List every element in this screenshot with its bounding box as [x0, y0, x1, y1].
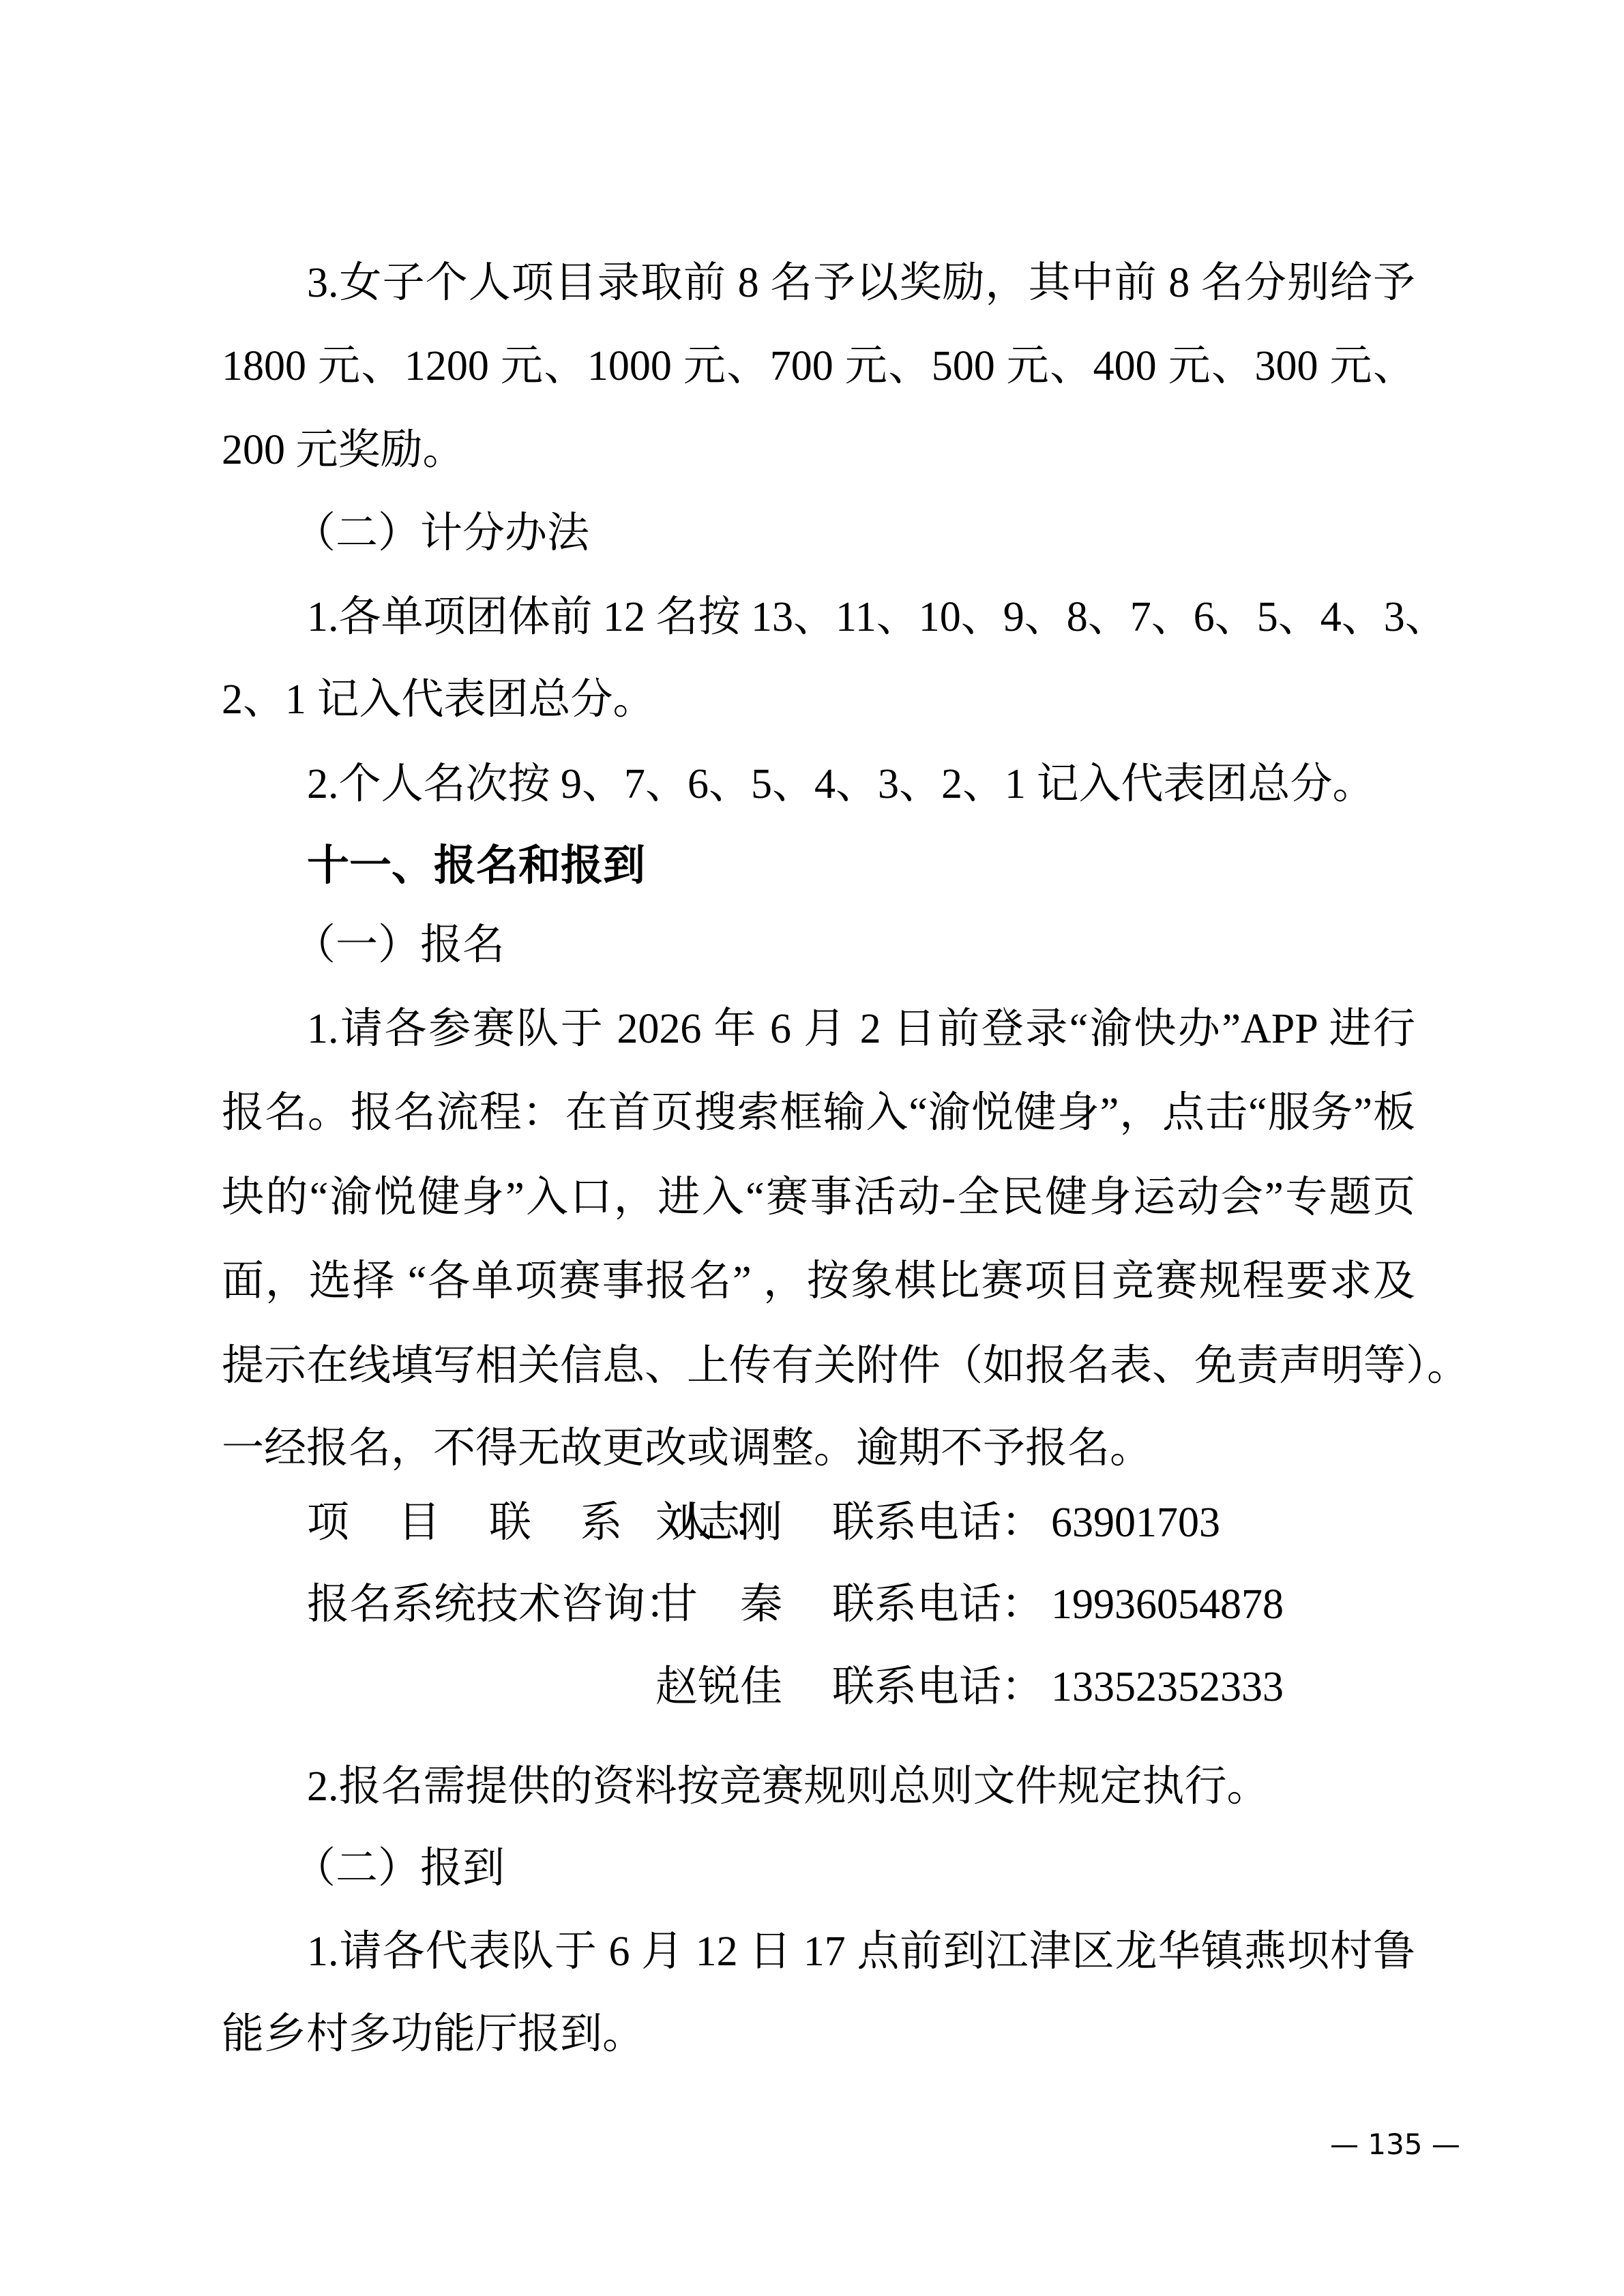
paragraph-line: 2.个人名次按 9、7、6、5、4、3、2、1 记入代表团总分。: [307, 743, 1415, 825]
paragraph-line: 1.各单项团体前 12 名按 13、11、10、9、8、7、6、5、4、3、: [307, 576, 1415, 658]
paragraph-line: 2、1 记入代表团总分。: [222, 659, 1415, 741]
contact-name: 赵锐佳: [655, 1646, 782, 1728]
paragraph-line: 能乡村多功能厅报到。: [222, 1993, 1415, 2075]
contact-phone: 13352352333: [1051, 1646, 1284, 1728]
contact-phone-label: 联系电话：: [832, 1482, 1044, 1564]
paragraph-line: 提示在线填写相关信息、上传有关附件（如报名表、免责声明等）。: [222, 1325, 1415, 1407]
contact-name: 甘 秦: [655, 1564, 782, 1645]
contact-phone: 19936054878: [1051, 1564, 1284, 1645]
paragraph-line: 200 元奖励。: [222, 409, 1415, 491]
section-heading: 十一、报名和报到: [307, 824, 1415, 906]
paragraph-line: 报名。报名流程：在首页搜索框输入“渝悦健身”，点击“服务”板: [222, 1072, 1415, 1154]
paragraph-line: 一经报名，不得无故更改或调整。逾期不予报名。: [222, 1407, 1415, 1489]
contact-phone-label: 联系电话：: [832, 1564, 1044, 1645]
contact-name: 刘志刚: [655, 1482, 782, 1564]
paragraph-line: 面，选择 “各单项赛事报名” ，按象棋比赛项目竞赛规程要求及: [222, 1240, 1415, 1322]
paragraph-line: 块的“渝悦健身”入口，进入“赛事活动-全民健身运动会”专题页: [222, 1157, 1415, 1238]
contact-row: 报名系统技术咨询： 甘 秦 联系电话： 19936054878: [222, 1564, 1415, 1645]
paragraph-line: 3.女子个人项目录取前 8 名予以奖励，其中前 8 名分别给予: [307, 242, 1415, 324]
contact-phone: 63901703: [1051, 1482, 1220, 1564]
subsection-title: （一）报名: [293, 904, 1402, 986]
paragraph-line: 1.请各代表队于 6 月 12 日 17 点前到江津区龙华镇燕坝村鲁: [307, 1911, 1415, 1993]
contact-row: 赵锐佳 联系电话： 13352352333: [222, 1646, 1415, 1728]
page-number: — 135 —: [1330, 2128, 1460, 2161]
paragraph-line: 1800 元、1200 元、1000 元、700 元、500 元、400 元、3…: [222, 325, 1415, 407]
subsection-title: （二）报到: [293, 1828, 1402, 1909]
contact-phone-label: 联系电话：: [832, 1646, 1044, 1728]
paragraph-line: 1.请各参赛队于 2026 年 6 月 2 日前登录“渝快办”APP 进行: [307, 988, 1415, 1070]
contact-role: 报名系统技术咨询：: [307, 1564, 688, 1645]
paragraph-line: 2.报名需提供的资料按竞赛规则总则文件规定执行。: [307, 1746, 1415, 1828]
contact-row: 项 目 联 系 人： 刘志刚 联系电话： 63901703: [222, 1482, 1415, 1564]
subsection-title: （二）计分办法: [293, 492, 1402, 574]
